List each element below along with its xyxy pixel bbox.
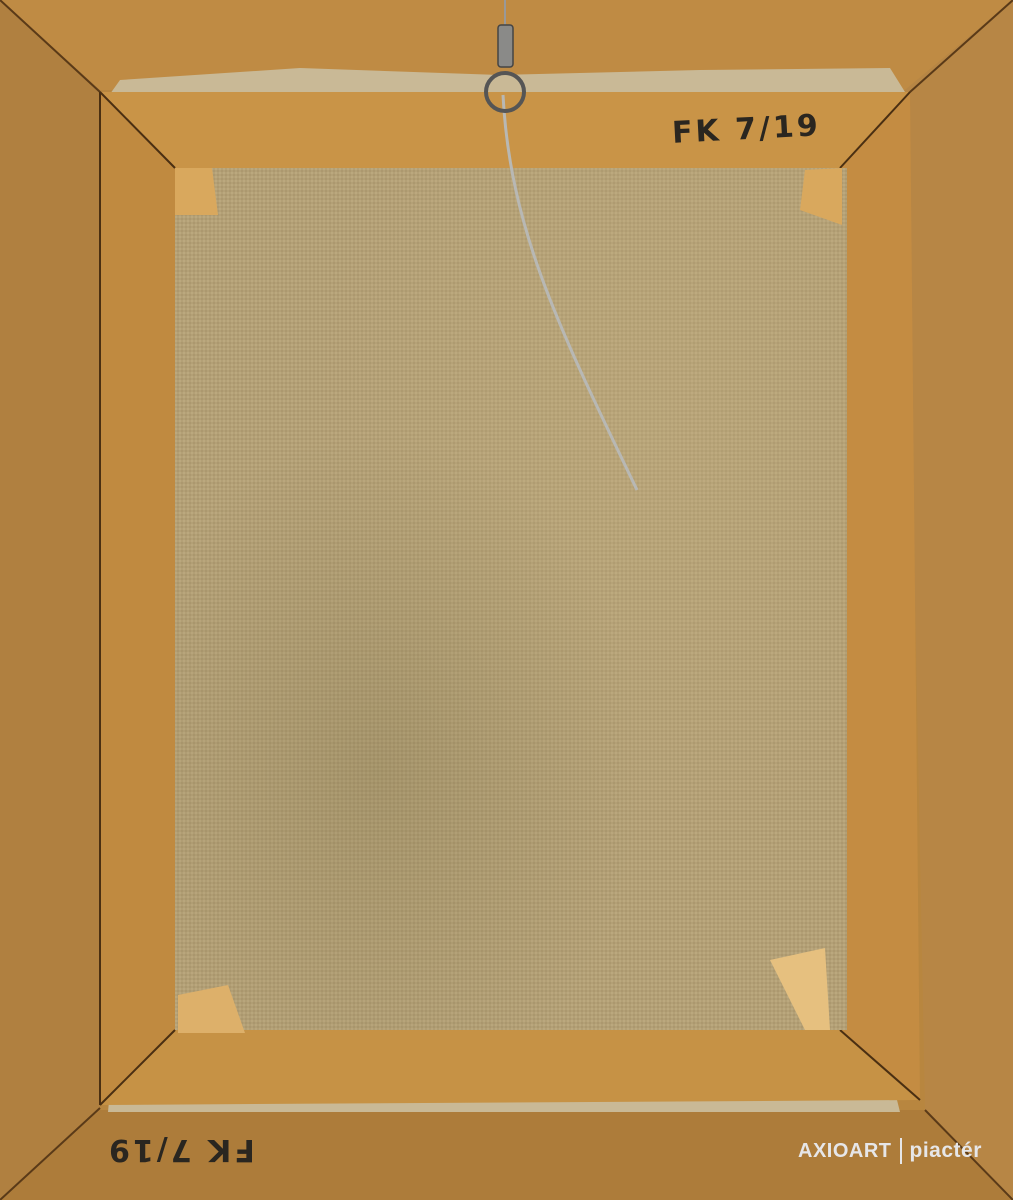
watermark-brand: AXIOART [798, 1140, 892, 1163]
corner-key-bottom-left [178, 985, 245, 1033]
framed-painting-back-photo: FK 7/19 FK 7/19 AXIOART piactér [0, 0, 1013, 1200]
watermark-separator [900, 1138, 902, 1164]
corner-keys [0, 0, 1013, 1200]
inventory-label-bottom: FK 7/19 [106, 1132, 255, 1167]
hanger-ring-icon [480, 0, 560, 140]
corner-key-top-right [800, 168, 842, 225]
corner-key-top-left [175, 168, 218, 215]
watermark-sub: piactér [910, 1139, 982, 1163]
watermark: AXIOART piactér [798, 1138, 982, 1164]
corner-key-bottom-right [770, 948, 830, 1030]
